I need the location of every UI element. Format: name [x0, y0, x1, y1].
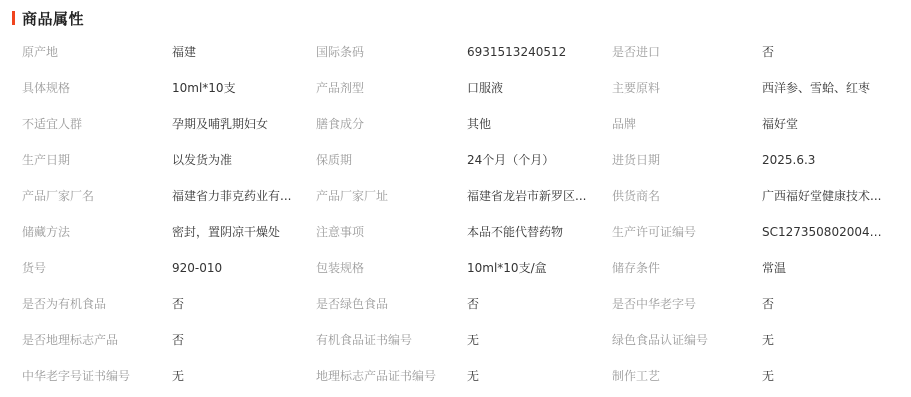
attribute-value: 无 [467, 322, 589, 358]
attribute-label: 供货商名 [612, 178, 752, 214]
attribute-value: 无 [172, 358, 294, 394]
attribute-label: 产品厂家厂址 [316, 178, 456, 214]
attribute-label: 绿色食品认证编号 [612, 322, 752, 358]
attribute-label: 储藏方法 [22, 214, 162, 250]
attribute-row: 货号 920-010 包装规格 10ml*10支/盒 储存条件 常温 [0, 250, 911, 286]
attribute-label: 生产许可证编号 [612, 214, 752, 250]
attribute-value: 920-010 [172, 250, 294, 286]
attribute-label: 是否中华老字号 [612, 286, 752, 322]
attribute-value: 2025.6.3 [762, 142, 884, 178]
attribute-label: 主要原料 [612, 70, 752, 106]
attribute-label: 储存条件 [612, 250, 752, 286]
attribute-label: 不适宜人群 [22, 106, 162, 142]
attribute-value: 西洋参、雪蛤、红枣 [762, 70, 884, 106]
attribute-value: 无 [762, 322, 884, 358]
attribute-row: 是否地理标志产品 否 有机食品证书编号 无 绿色食品认证编号 无 [0, 322, 911, 358]
attribute-label: 生产日期 [22, 142, 162, 178]
attribute-row: 产品厂家厂名 福建省力菲克药业有... 产品厂家厂址 福建省龙岩市新罗区... … [0, 178, 911, 214]
attribute-row: 是否为有机食品 否 是否绿色食品 否 是否中华老字号 否 [0, 286, 911, 322]
attribute-label: 制作工艺 [612, 358, 752, 394]
attribute-value: 广西福好堂健康技术... [762, 178, 884, 214]
attribute-label: 原产地 [22, 34, 162, 70]
attribute-value: 24个月（个月） [467, 142, 589, 178]
attribute-label: 品牌 [612, 106, 752, 142]
attribute-value: 否 [172, 286, 294, 322]
attribute-value: 福好堂 [762, 106, 884, 142]
attribute-value: 福建 [172, 34, 294, 70]
attribute-label: 货号 [22, 250, 162, 286]
attribute-label: 国际条码 [316, 34, 456, 70]
attribute-value: 10ml*10支 [172, 70, 294, 106]
attribute-value: 福建省力菲克药业有... [172, 178, 294, 214]
attribute-label: 有机食品证书编号 [316, 322, 456, 358]
attribute-label: 地理标志产品证书编号 [316, 358, 456, 394]
attribute-label: 是否绿色食品 [316, 286, 456, 322]
attribute-value: SC12735080200421 [762, 214, 884, 250]
attribute-value: 6931513240512 [467, 34, 589, 70]
attribute-label: 产品剂型 [316, 70, 456, 106]
section-title: 商品属性 [22, 8, 84, 29]
attribute-value: 密封，置阴凉干燥处 [172, 214, 294, 250]
attribute-value: 无 [467, 358, 589, 394]
title-accent-bar [12, 11, 15, 25]
attribute-row: 中华老字号证书编号 无 地理标志产品证书编号 无 制作工艺 无 [0, 358, 911, 394]
attribute-row: 具体规格 10ml*10支 产品剂型 口服液 主要原料 西洋参、雪蛤、红枣 [0, 70, 911, 106]
attribute-value: 否 [762, 34, 884, 70]
attribute-row: 不适宜人群 孕期及哺乳期妇女 膳食成分 其他 品牌 福好堂 [0, 106, 911, 142]
attribute-label: 是否地理标志产品 [22, 322, 162, 358]
attributes-grid: 原产地 福建 国际条码 6931513240512 是否进口 否 具体规格 10… [0, 34, 911, 394]
attribute-row: 储藏方法 密封，置阴凉干燥处 注意事项 本品不能代替药物 生产许可证编号 SC1… [0, 214, 911, 250]
attribute-value: 福建省龙岩市新罗区... [467, 178, 589, 214]
attribute-label: 是否为有机食品 [22, 286, 162, 322]
attribute-value: 常温 [762, 250, 884, 286]
attribute-value: 无 [762, 358, 884, 394]
attribute-value: 否 [172, 322, 294, 358]
attribute-label: 进货日期 [612, 142, 752, 178]
attribute-label: 具体规格 [22, 70, 162, 106]
attribute-value: 口服液 [467, 70, 589, 106]
section-header: 商品属性 [12, 7, 84, 29]
attribute-value: 其他 [467, 106, 589, 142]
attribute-label: 是否进口 [612, 34, 752, 70]
attribute-value: 否 [762, 286, 884, 322]
attribute-row: 生产日期 以发货为准 保质期 24个月（个月） 进货日期 2025.6.3 [0, 142, 911, 178]
attribute-row: 原产地 福建 国际条码 6931513240512 是否进口 否 [0, 34, 911, 70]
attribute-value: 10ml*10支/盒 [467, 250, 589, 286]
attribute-label: 产品厂家厂名 [22, 178, 162, 214]
attribute-label: 保质期 [316, 142, 456, 178]
attribute-value: 本品不能代替药物 [467, 214, 589, 250]
attribute-label: 注意事项 [316, 214, 456, 250]
attribute-value: 以发货为准 [172, 142, 294, 178]
attribute-label: 包装规格 [316, 250, 456, 286]
attribute-value: 否 [467, 286, 589, 322]
attribute-value: 孕期及哺乳期妇女 [172, 106, 294, 142]
attribute-label: 膳食成分 [316, 106, 456, 142]
product-attributes-panel: 商品属性 原产地 福建 国际条码 6931513240512 是否进口 否 具体… [0, 0, 911, 397]
attribute-label: 中华老字号证书编号 [22, 358, 162, 394]
